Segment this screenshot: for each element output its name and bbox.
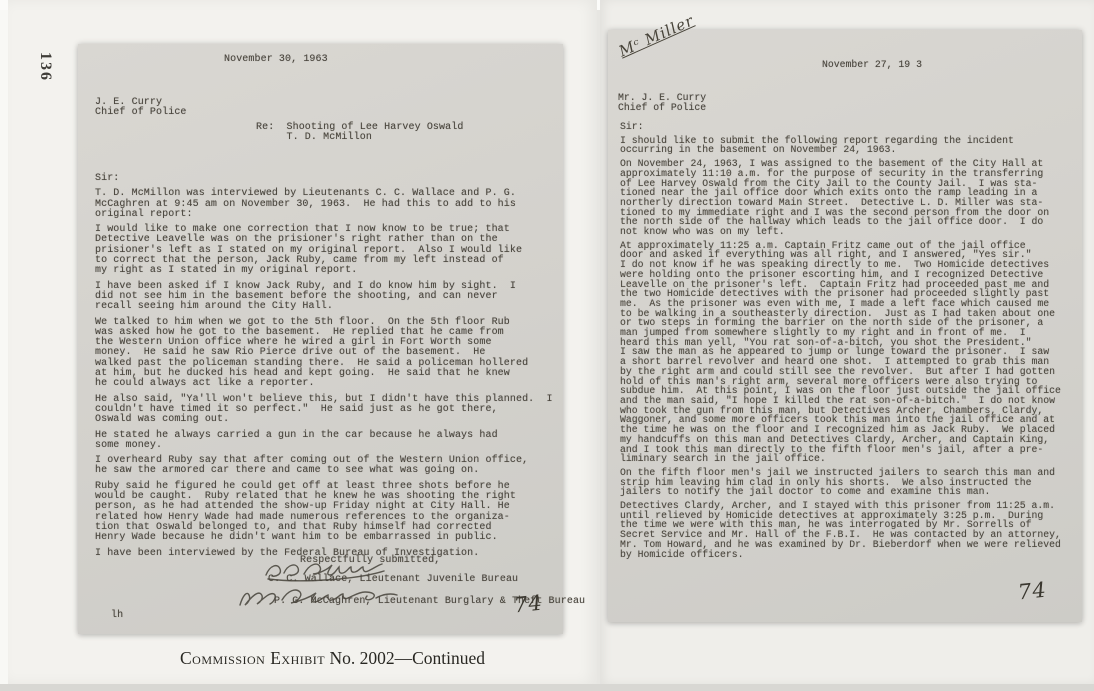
left-page-folio-number: 136: [36, 52, 54, 82]
typist-initials: lh: [111, 611, 123, 621]
exhibit-caption-number: No. 2002—Continued: [329, 648, 485, 668]
salutation: Sir:: [95, 174, 563, 184]
signer-wallace-title: C. C. Wallace, Lieutenant Juvenile Burea…: [268, 575, 518, 585]
letter-body: Sir: I should like to submit the followi…: [620, 122, 1076, 563]
letter-date: November 27, 19 3: [822, 60, 922, 70]
paragraph: I should like to submit the following re…: [620, 136, 1076, 155]
paragraph: I overheard Ruby say that after coming o…: [95, 456, 563, 477]
paragraph: I would like to make one correction that…: [95, 225, 563, 276]
exhibit-caption: Commission Exhibit No. 2002—Continued: [180, 648, 485, 669]
paragraph: I have been asked if I know Jack Ruby, a…: [95, 282, 563, 313]
scanned-spread: 136 November 30, 1963 J. E. Curry Chief …: [0, 0, 1094, 691]
paragraph: At approximately 11:25 a.m. Captain Frit…: [620, 241, 1076, 464]
paragraph: He stated he always carried a gun in the…: [95, 431, 563, 452]
handwritten-page-number: 74: [513, 591, 544, 618]
paragraph: On November 24, 1963, I was assigned to …: [620, 159, 1076, 237]
paragraph: Detectives Clardy, Archer, and I stayed …: [620, 501, 1076, 559]
paragraph: Ruby said he figured he could get off at…: [95, 482, 563, 544]
right-document: Mᶜ Miller November 27, 19 3 Mr. J. E. Cu…: [608, 30, 1082, 622]
scan-edge-bottom: [0, 684, 1094, 691]
letter-date: November 30, 1963: [224, 55, 328, 65]
paragraph: T. D. McMillon was interviewed by Lieute…: [95, 189, 563, 220]
right-page: Mᶜ Miller November 27, 19 3 Mr. J. E. Cu…: [600, 0, 1094, 684]
salutation: Sir:: [620, 122, 1076, 132]
handwritten-page-number: 74: [1017, 578, 1048, 605]
letter-body: Sir: T. D. McMillon was interviewed by L…: [95, 174, 563, 564]
paragraph: On the fifth floor men's jail we instruc…: [620, 468, 1076, 497]
addressee-block: Mr. J. E. Curry Chief of Police: [618, 93, 706, 112]
subject-line: Re: Shooting of Lee Harvey Oswald T. D. …: [256, 123, 463, 144]
exhibit-caption-title: Commission Exhibit: [180, 648, 325, 668]
left-document: November 30, 1963 J. E. Curry Chief of P…: [78, 44, 563, 634]
paragraph: He also said, "Ya'll won't believe this,…: [95, 395, 563, 426]
left-page: 136 November 30, 1963 J. E. Curry Chief …: [8, 0, 597, 684]
paragraph: We talked to him when we got to the 5th …: [95, 318, 563, 390]
addressee-block: J. E. Curry Chief of Police: [95, 98, 187, 119]
handwritten-name-note: Mᶜ Miller: [616, 11, 697, 60]
